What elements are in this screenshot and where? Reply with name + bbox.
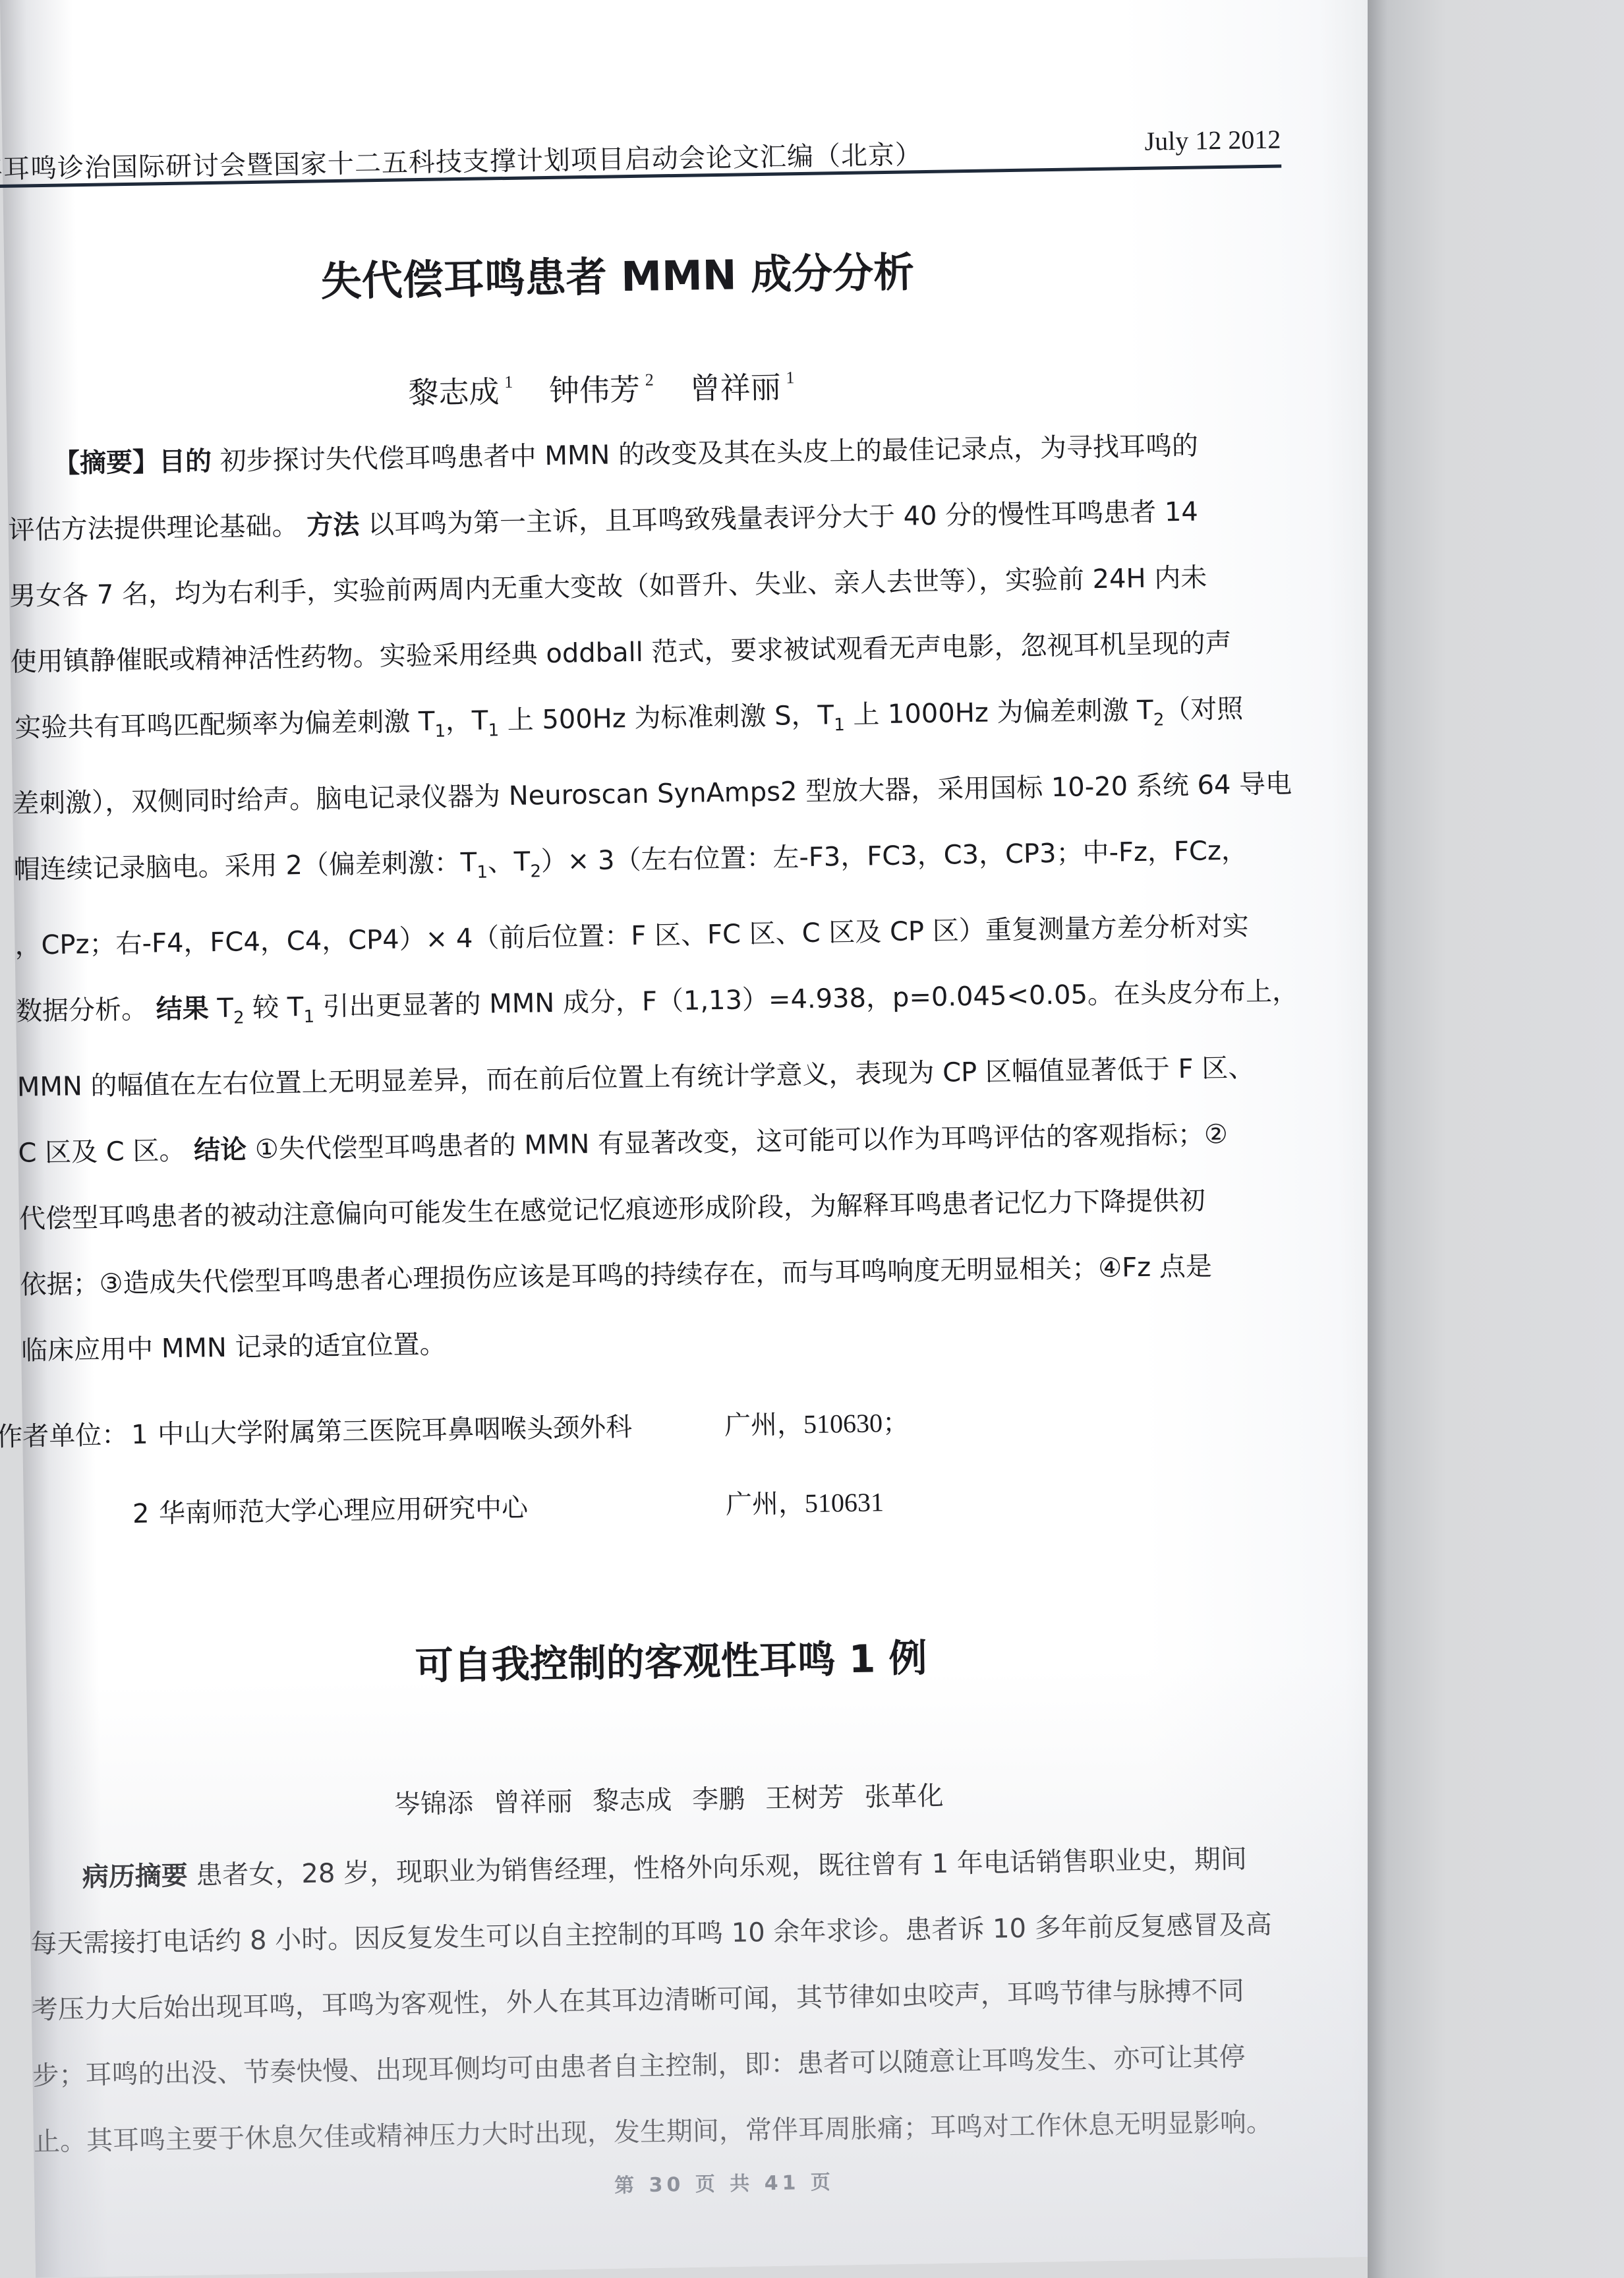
article2-title: 可自我控制的客观性耳鸣 1 例 xyxy=(415,1627,927,1690)
methods-label: 方法 xyxy=(306,510,360,541)
article1-abstract: 【摘要】目的 初步探讨失代偿耳鸣患者中 MMN 的改变及其在头皮上的最佳记录点，… xyxy=(0,411,1327,1385)
affiliation-org: 华南师范大学心理应用研究中心 xyxy=(159,1493,529,1529)
author-name: 黎志成 xyxy=(408,374,500,411)
affiliation-city: 广州，510630； xyxy=(724,1384,910,1465)
author-affil-marker: 1 xyxy=(786,368,794,387)
objective-label: 目的 xyxy=(159,446,212,477)
scanner-bed-edge xyxy=(1368,0,1624,2278)
abstract-label: 【摘要】 xyxy=(53,447,159,479)
affiliation-org: 中山大学附属第三医院耳鼻咽喉头颈外科 xyxy=(158,1412,633,1449)
affiliation-city: 广州，510631 xyxy=(725,1463,884,1544)
author-name: 曾祥丽 xyxy=(689,369,781,406)
conclusion-label: 结论 xyxy=(194,1134,247,1165)
affiliation-row: 2华南师范大学心理应用研究中心 广州，510631 xyxy=(0,1467,634,1556)
summary-label: 病历摘要 xyxy=(82,1861,188,1893)
scanned-page: 年耳鸣诊治国际研讨会暨国家十二五科技支撑计划项目启动会论文汇编（北京） July… xyxy=(0,0,1403,2278)
article1-affiliations: 作者单位：1中山大学附属第三医院耳鼻咽喉头颈外科 广州，510630； 2华南师… xyxy=(0,1387,634,1556)
author-affil-marker: 1 xyxy=(504,372,513,392)
running-header-date: July 12 2012 xyxy=(1144,124,1281,157)
article1-title: 失代偿耳鸣患者 MMN 成分分析 xyxy=(320,239,915,307)
author-affil-marker: 2 xyxy=(645,370,654,389)
affiliation-label: 作者单位： xyxy=(0,1395,132,1476)
article2-summary: 病历摘要 患者女，28 岁，现职业为销售经理，性格外向乐观，既往曾有 1 年电话… xyxy=(0,1825,1339,2176)
affiliation-row: 作者单位：1中山大学附属第三医院耳鼻咽喉头颈外科 广州，510630； xyxy=(0,1387,633,1476)
author-name: 钟伟芳 xyxy=(549,372,641,409)
results-label: 结果 xyxy=(156,993,209,1024)
page-number: 第 30 页 共 41 页 xyxy=(614,2166,834,2198)
article1-authors: 黎志成1 钟伟芳2 曾祥丽1 xyxy=(408,363,821,413)
article2-authors: 岑锦添 曾祥丽 黎志成 李鹏 王树芳 张革化 xyxy=(394,1775,944,1821)
